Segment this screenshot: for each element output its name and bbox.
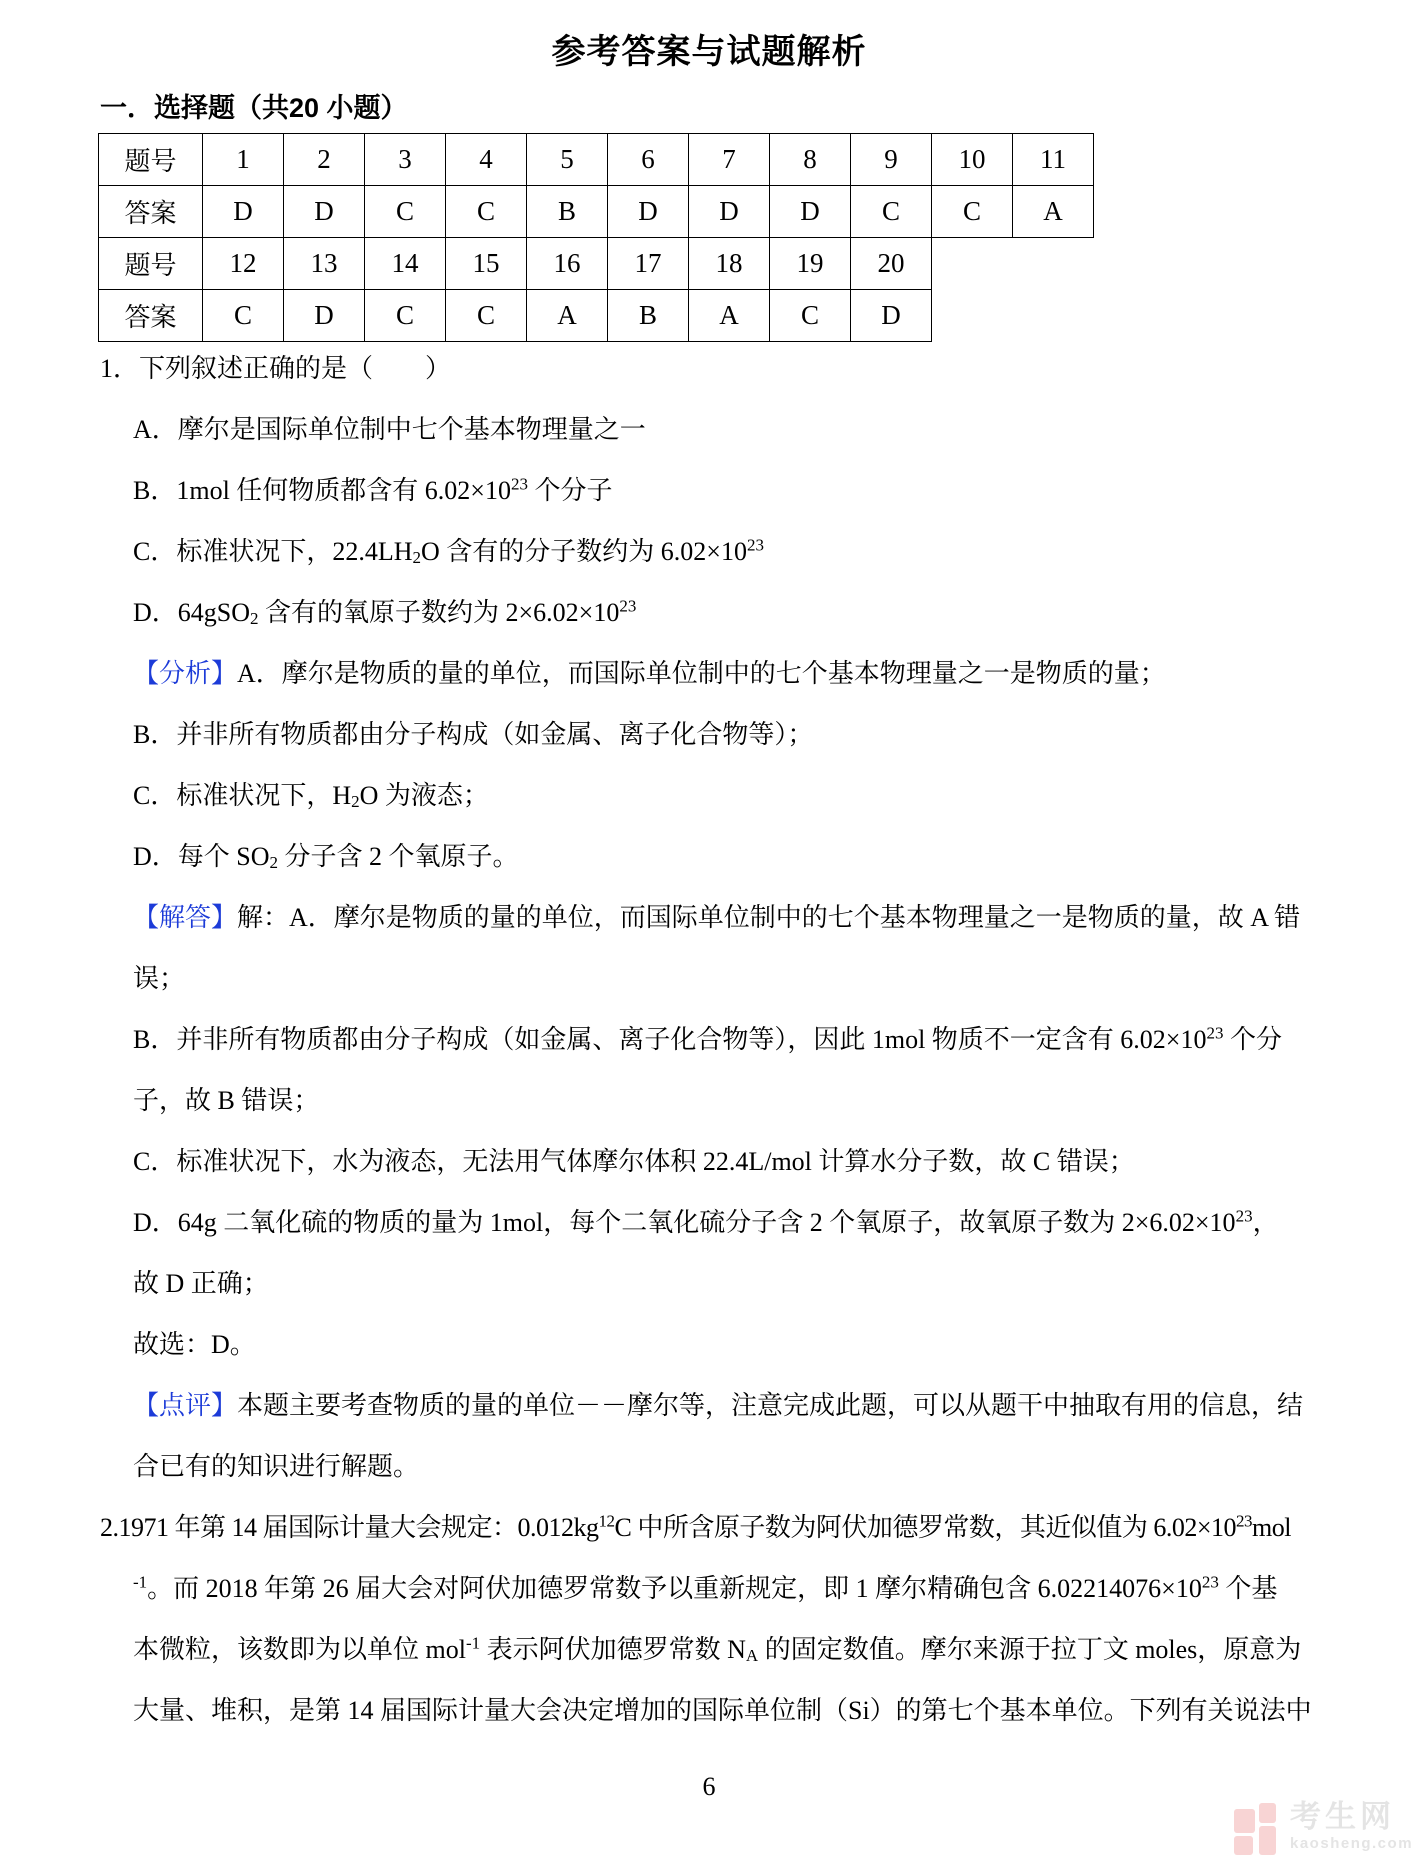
- line-q1-option-a: A．摩尔是国际单位制中七个基本物理量之一: [100, 399, 1350, 460]
- answer-table-cell: 10: [932, 134, 1013, 186]
- watermark-brand: 考生网: [1290, 1801, 1413, 1832]
- line-comment-1: 【点评】本题主要考查物质的量的单位－－摩尔等，注意完成此题，可以从题干中抽取有用…: [100, 1375, 1350, 1436]
- answer-table-cell: 9: [851, 134, 932, 186]
- answer-table-cell: 19: [770, 237, 851, 289]
- answer-table-cell: 3: [365, 134, 446, 186]
- answer-table-cell: C: [446, 289, 527, 341]
- line-q2-1: 2.1971 年第 14 届国际计量大会规定：0.012kg12C 中所含原子数…: [100, 1497, 1350, 1558]
- line-q1-option-c: C．标准状况下，22.4LH2O 含有的分子数约为 6.02×1023: [100, 521, 1350, 582]
- answer-table-cell: B: [527, 186, 608, 238]
- table-row: 答案 DDCCBDDDCCA: [99, 186, 1094, 238]
- line-analysis-c: C．标准状况下，H2O 为液态；: [100, 765, 1350, 826]
- answer-table-cell: D: [203, 186, 284, 238]
- solution-body: 1．下列叙述正确的是（ ） A．摩尔是国际单位制中七个基本物理量之一 B．1mo…: [100, 338, 1350, 1741]
- watermark-text: 考生网 kaosheng.com: [1290, 1801, 1413, 1851]
- row-label: 题号: [99, 237, 203, 289]
- answer-table-cell: C: [203, 289, 284, 341]
- answer-table-cell: D: [284, 289, 365, 341]
- line-q1-option-b: B．1mol 任何物质都含有 6.02×1023 个分子: [100, 460, 1350, 521]
- line-analysis-d: D．每个 SO2 分子含 2 个氧原子。: [100, 826, 1350, 887]
- answer-table-cell: 5: [527, 134, 608, 186]
- line-solution-d1: D．64g 二氧化硫的物质的量为 1mol，每个二氧化硫分子含 2 个氧原子，故…: [100, 1192, 1350, 1253]
- section-heading: 一．选择题（共20 小题）: [100, 86, 408, 125]
- line-solution-a1: 【解答】解：A．摩尔是物质的量的单位，而国际单位制中的七个基本物理量之一是物质的…: [100, 887, 1350, 948]
- line-solution-a2: 误；: [100, 948, 1350, 1009]
- kaosheng-logo-icon: [1234, 1797, 1280, 1855]
- answer-table-cell: D: [770, 186, 851, 238]
- line-q1-stem: 1．下列叙述正确的是（ ）: [100, 338, 1350, 399]
- line-q2-3: 本微粒，该数即为以单位 mol-1 表示阿伏加德罗常数 NA 的固定数值。摩尔来…: [100, 1619, 1350, 1680]
- answer-table-cell: 11: [1013, 134, 1094, 186]
- table-row: 答案 CDCCABACD: [99, 289, 932, 341]
- answer-table-cell: A: [1013, 186, 1094, 238]
- watermark: 考生网 kaosheng.com: [1234, 1797, 1413, 1855]
- answer-table-cell: D: [689, 186, 770, 238]
- line-comment-2: 合已有的知识进行解题。: [100, 1436, 1350, 1497]
- answer-table-cell: 6: [608, 134, 689, 186]
- line-q2-4: 大量、堆积，是第 14 届国际计量大会决定增加的国际单位制（Si）的第七个基本单…: [100, 1680, 1350, 1741]
- row-label: 题号: [99, 134, 203, 186]
- line-analysis-b: B．并非所有物质都由分子构成（如金属、离子化合物等）；: [100, 704, 1350, 765]
- answer-table-cell: 1: [203, 134, 284, 186]
- answer-table-cell: 17: [608, 237, 689, 289]
- answer-table-cell: C: [932, 186, 1013, 238]
- answer-table-cell: C: [365, 186, 446, 238]
- answer-table-cell: 13: [284, 237, 365, 289]
- answer-table-cell: 18: [689, 237, 770, 289]
- answer-table-cell: A: [527, 289, 608, 341]
- line-solution-b2: 子，故 B 错误；: [100, 1070, 1350, 1131]
- line-q2-2: -1。而 2018 年第 26 届大会对阿伏加德罗常数予以重新规定，即 1 摩尔…: [100, 1558, 1350, 1619]
- answer-table: 题号 1234567891011 答案 DDCCBDDDCCA 题号 12131…: [98, 133, 1094, 342]
- answer-table-cell: 15: [446, 237, 527, 289]
- line-q1-option-d: D．64gSO2 含有的氧原子数约为 2×6.02×1023: [100, 582, 1350, 643]
- answer-table-cell: 20: [851, 237, 932, 289]
- line-solution-b1: B．并非所有物质都由分子构成（如金属、离子化合物等），因此 1mol 物质不一定…: [100, 1009, 1350, 1070]
- watermark-domain: kaosheng.com: [1290, 1836, 1413, 1851]
- answer-table-cell: 7: [689, 134, 770, 186]
- answer-table-cell: 12: [203, 237, 284, 289]
- document-page: 参考答案与试题解析 一．选择题（共20 小题） 题号 1234567891011…: [0, 0, 1418, 1868]
- row-label: 答案: [99, 186, 203, 238]
- answer-table-cell: C: [770, 289, 851, 341]
- answer-table-cell: D: [608, 186, 689, 238]
- answer-table-cell: D: [851, 289, 932, 341]
- line-solution-c: C．标准状况下，水为液态，无法用气体摩尔体积 22.4L/mol 计算水分子数，…: [100, 1131, 1350, 1192]
- page-number: 6: [0, 1772, 1418, 1802]
- answer-table-cell: C: [446, 186, 527, 238]
- answer-table-cell: 16: [527, 237, 608, 289]
- line-analysis-a: 【分析】A．摩尔是物质的量的单位，而国际单位制中的七个基本物理量之一是物质的量；: [100, 643, 1350, 704]
- line-conclusion: 故选：D。: [100, 1314, 1350, 1375]
- table-row: 题号 1234567891011: [99, 134, 1094, 186]
- answer-table-top: 题号 1234567891011 答案 DDCCBDDDCCA: [98, 133, 1094, 238]
- page-title: 参考答案与试题解析: [0, 24, 1418, 73]
- answer-table-cell: 14: [365, 237, 446, 289]
- answer-table-cell: B: [608, 289, 689, 341]
- answer-table-cell: 2: [284, 134, 365, 186]
- row-label: 答案: [99, 289, 203, 341]
- table-row: 题号 121314151617181920: [99, 237, 932, 289]
- answer-table-cell: 8: [770, 134, 851, 186]
- answer-table-cell: A: [689, 289, 770, 341]
- answer-table-bottom: 题号 121314151617181920 答案 CDCCABACD: [98, 237, 932, 342]
- answer-table-cell: C: [365, 289, 446, 341]
- answer-table-cell: D: [284, 186, 365, 238]
- answer-table-cell: C: [851, 186, 932, 238]
- line-solution-d2: 故 D 正确；: [100, 1253, 1350, 1314]
- answer-table-cell: 4: [446, 134, 527, 186]
